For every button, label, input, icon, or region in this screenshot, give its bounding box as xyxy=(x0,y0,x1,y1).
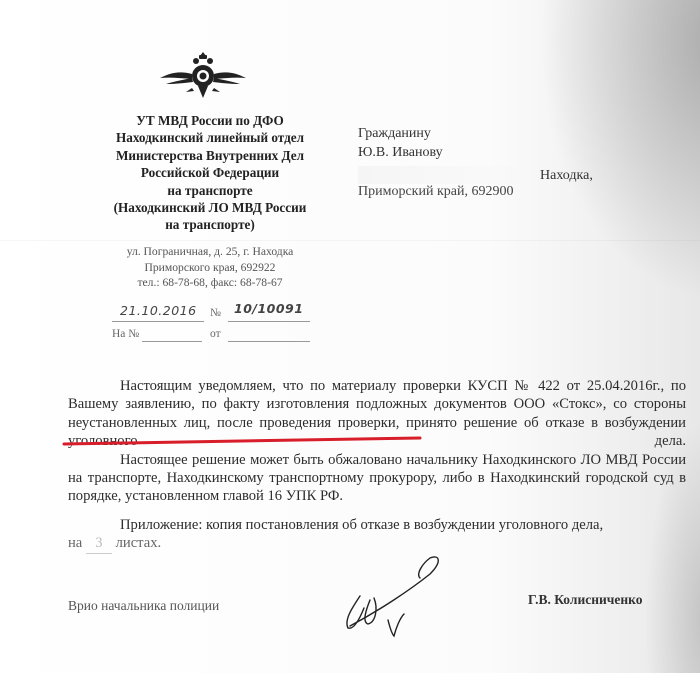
sender-address: ул. Пограничная, д. 25, г. Находка Примо… xyxy=(84,244,336,291)
sender-line: на транспорте xyxy=(84,182,336,199)
sender-line: (Находкинский ЛО МВД России xyxy=(84,199,336,216)
ref-number-label: На № xyxy=(112,328,139,340)
number-label: № xyxy=(210,307,221,319)
address-line: ул. Пограничная, д. 25, г. Находка xyxy=(84,244,336,260)
sender-line: на транспорте) xyxy=(84,216,336,233)
recipient-salutation: Гражданину xyxy=(358,124,443,143)
ref-date-label: от xyxy=(210,328,221,340)
sender-header: УТ МВД России по ДФО Находкинский линейн… xyxy=(84,112,336,234)
signatory-name: Г.В. Колисниченко xyxy=(528,592,643,608)
attachment-na: на xyxy=(68,535,82,551)
recipient-block: Гражданину Ю.В. Иванову xyxy=(358,124,443,162)
recipient-region: Приморский край, 692900 xyxy=(358,184,513,200)
number-underline xyxy=(228,321,310,322)
registration-date: 21.10.2016 xyxy=(120,303,197,318)
paragraph-attachment: Приложение: копия постановления об отказ… xyxy=(68,516,686,534)
sender-line: Российской Федерации xyxy=(84,164,336,181)
address-line: тел.: 68-78-68, факс: 68-78-67 xyxy=(84,275,336,291)
registration-block: 21.10.2016 № 10/10091 На № от xyxy=(112,301,312,345)
attachment-text: Приложение: копия постановления об отказ… xyxy=(120,517,603,533)
attachment-page-count: 3 xyxy=(86,534,112,553)
document-page: УТ МВД России по ДФО Находкинский линейн… xyxy=(0,0,700,673)
attachment-suffix: листах. xyxy=(116,535,162,551)
sender-line: Министерства Внутренних Дел xyxy=(84,147,336,164)
paragraph-appeal: Настоящее решение может быть обжаловано … xyxy=(68,451,686,506)
recipient-name: Ю.В. Иванову xyxy=(358,143,443,162)
sender-line: УТ МВД России по ДФО xyxy=(84,112,336,129)
sender-line: Находкинский линейный отдел xyxy=(84,129,336,146)
ref-number-underline xyxy=(142,341,202,342)
redacted-street-address xyxy=(358,166,533,184)
ref-date-underline xyxy=(228,341,310,342)
date-underline xyxy=(112,321,204,322)
recipient-city: Находка, xyxy=(540,168,593,184)
handwritten-signature xyxy=(330,548,460,638)
registration-number: 10/10091 xyxy=(234,301,303,316)
signatory-role: Врио начальника полиции xyxy=(68,598,219,614)
paper-fold xyxy=(0,240,700,241)
red-highlight-underline xyxy=(62,436,422,446)
address-line: Приморского края, 692922 xyxy=(84,260,336,276)
double-headed-eagle-emblem-icon xyxy=(158,48,248,104)
letter-body: Настоящим уведомляем, что по материалу п… xyxy=(68,377,686,554)
